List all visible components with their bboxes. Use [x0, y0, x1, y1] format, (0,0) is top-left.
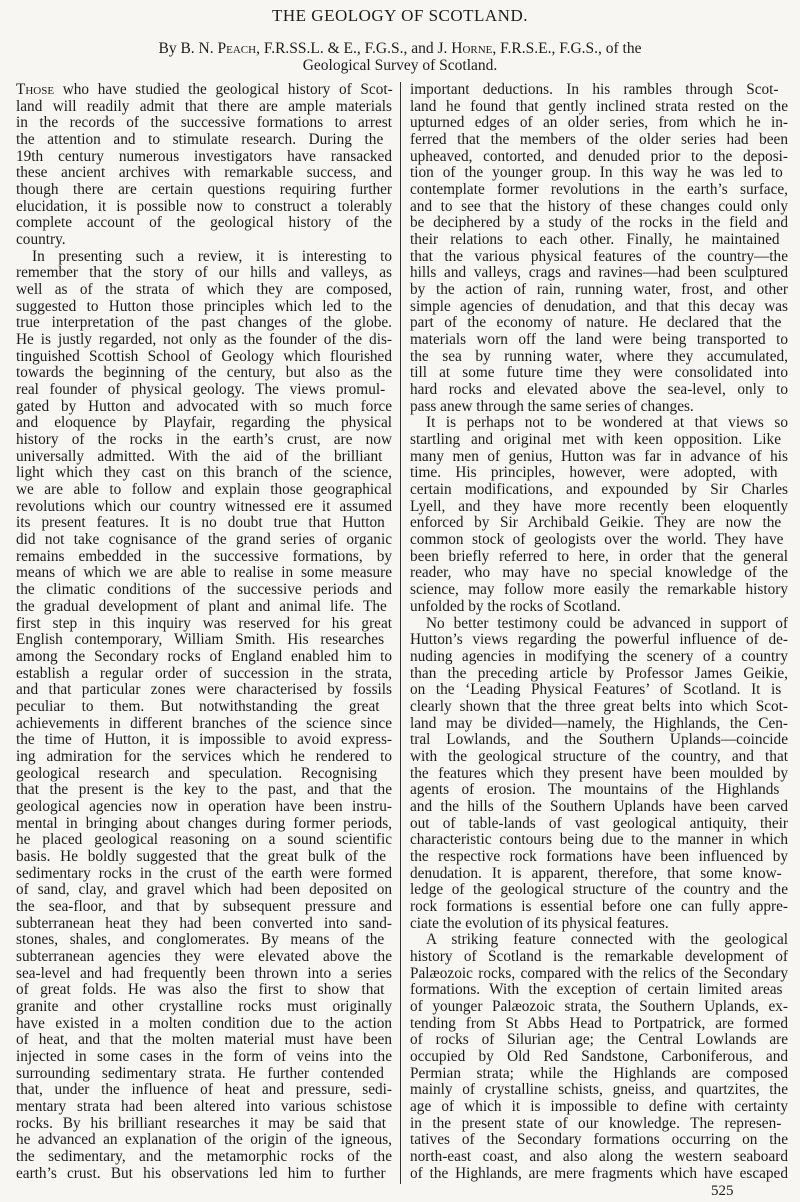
text-line: tion of the younger group. In this way h… [410, 165, 788, 182]
text-line-content: we are able to follow and explain those … [16, 481, 392, 498]
text-line-content: and to see that the history of these cha… [410, 198, 788, 215]
text-line: time. His principles, however, were adop… [410, 465, 788, 482]
text-line: common stock of geologists over the worl… [410, 532, 788, 549]
text-line-content: Permian strata; while the Highlands are … [410, 1065, 788, 1082]
text-line-content: remember that the story of our hills and… [16, 264, 392, 281]
text-line: the sea by running water, where they acc… [410, 349, 788, 366]
text-line: and to see that the history of these cha… [410, 199, 788, 216]
text-line: he advanced an explanation of the origin… [16, 1132, 392, 1149]
text-line: these ancient archives with remarkable s… [16, 165, 392, 182]
text-line: land will readily admit that there are a… [16, 99, 392, 116]
text-line-content: No better testimony could be advanced in… [426, 615, 788, 632]
text-line-content: characteristic contours being due to the… [410, 831, 788, 848]
text-line: the sedimentary, and the metamorphic roc… [16, 1149, 392, 1166]
text-line-content: out of table-lands of vast geological an… [410, 815, 788, 832]
text-line-content: unfolded by the rocks of Scotland. [410, 598, 621, 615]
text-line-content: revolutions which our country witnessed … [16, 498, 392, 515]
text-line: tinguished Scottish School of Geology wh… [16, 349, 392, 366]
text-line-content: rocks. By his brilliant researches it ma… [16, 1115, 386, 1132]
text-line: and eloquence by Playfair, regarding the… [16, 415, 392, 432]
text-line: mainly of crystalline schists, gneiss, a… [410, 1082, 788, 1099]
text-line: unfolded by the rocks of Scotland. [410, 599, 788, 616]
text-line: ciate the evolution of its physical feat… [410, 916, 788, 933]
text-line-content: of younger Palæozoic strata, the Souther… [410, 998, 788, 1015]
text-line: nuding agencies in modifying the scenery… [410, 649, 788, 666]
text-line-content: 19th century numerous investigators have… [16, 148, 392, 165]
text-line: rocks. By his brilliant researches it ma… [16, 1116, 392, 1133]
text-line-content: light which they cast on this branch of … [16, 464, 392, 481]
text-line: part of the economy of nature. He declar… [410, 315, 788, 332]
text-line-content: A striking feature connected with the ge… [426, 931, 788, 948]
text-line-content: Lyell, and they have more recently been … [410, 498, 788, 515]
text-line-content: that the present is the key to the past,… [16, 781, 392, 798]
text-line-content: real founder of physical geology. The vi… [16, 381, 385, 398]
text-line-content: enforced by Sir Archibald Geikie. They a… [410, 514, 781, 531]
text-line-content: ledge of the geological structure of the… [410, 881, 788, 898]
text-line-content: denudation. It is apparent, therefore, t… [410, 865, 782, 882]
text-line: the time of Hutton, it is impossible to … [16, 732, 392, 749]
text-line-content: achievements in different branches of th… [16, 715, 392, 732]
text-line: stones, shales, and conglomerates. By me… [16, 932, 392, 949]
text-line: characteristic contours being due to the… [410, 832, 788, 849]
text-line: important deductions. In his rambles thr… [410, 82, 788, 99]
text-line-content: ciate the evolution of its physical feat… [410, 915, 669, 932]
text-line: startling and original met with keen opp… [410, 432, 788, 449]
text-line-content: agents of erosion. The mountains of the … [410, 781, 779, 798]
text-line: country. [16, 232, 392, 249]
text-line-content: have existed in a molten condition due t… [16, 1015, 392, 1032]
text-line-content: In presenting such a review, it is inter… [32, 248, 392, 265]
text-line-content: It is perhaps not to be wondered at that… [426, 414, 788, 431]
text-line-content: mental in bringing about changes during … [16, 815, 392, 832]
text-line-content: of great folds. He was also the first to… [16, 981, 384, 998]
text-line-content: remains embedded in the successive forma… [16, 548, 392, 565]
text-line: Lyell, and they have more recently been … [410, 499, 788, 516]
text-line: and the hills of the Southern Uplands ha… [410, 799, 788, 816]
text-line-content: geological agencies now in operation hav… [16, 798, 392, 815]
text-line-content: the sea by running water, where they acc… [410, 348, 788, 365]
text-line-content: of sand, clay, and gravel which had been… [16, 881, 392, 898]
text-line-content: granite and other crystalline rocks must… [16, 998, 392, 1015]
author2-surname: Horne [451, 40, 492, 57]
text-column-left: Those who have studied the geological hi… [16, 82, 392, 1182]
text-line: the features which they present have bee… [410, 766, 788, 783]
text-line-content: age of which it is impossible to define … [410, 1098, 788, 1115]
text-line-content: its present features. It is no doubt tru… [16, 514, 385, 531]
text-line-content: in the records of the successive formati… [16, 114, 392, 131]
text-line: remember that the story of our hills and… [16, 265, 392, 282]
text-line: sea-level and had frequently been thrown… [16, 966, 392, 983]
text-line-content: land he found that gently inclined strat… [410, 98, 788, 115]
text-line-content: among the Secondary rocks of England ena… [16, 648, 392, 665]
text-line: remains embedded in the successive forma… [16, 549, 392, 566]
text-line: and that particular zones were character… [16, 682, 392, 699]
text-line: age of which it is impossible to define … [410, 1099, 788, 1116]
text-line-content: geological research and speculation. Rec… [16, 765, 377, 782]
text-line-content: than the preceding article by Professor … [410, 665, 788, 682]
text-line-content: the sedimentary, and the metamorphic roc… [16, 1148, 392, 1165]
text-line: ledge of the geological structure of the… [410, 882, 788, 899]
text-line: mentary strata had been altered into var… [16, 1099, 392, 1116]
text-line-content: did not take cognisance of the grand ser… [16, 531, 392, 548]
text-line: basis. He boldly suggested that the grea… [16, 849, 392, 866]
text-line-content: who have studied the geological history … [63, 81, 393, 98]
text-line-content: country. [16, 231, 66, 248]
text-line-content: and that particular zones were character… [16, 681, 392, 698]
column-divider [400, 82, 401, 1184]
text-line: the attention and to stimulate research.… [16, 132, 392, 149]
text-line: their relations to each other. Finally, … [410, 232, 788, 249]
text-line: its present features. It is no doubt tru… [16, 515, 392, 532]
text-line-content: contemplate former revolutions in the ea… [410, 181, 788, 198]
text-line: the gradual development of plant and ani… [16, 599, 392, 616]
text-line: have existed in a molten condition due t… [16, 1016, 392, 1033]
text-line-content: rock formations is essential before one … [410, 898, 788, 915]
text-line-content: been briefly referred to here, in order … [410, 548, 788, 565]
text-line-content: and the hills of the Southern Uplands ha… [410, 798, 788, 815]
text-line: that the present is the key to the past,… [16, 782, 392, 799]
text-line-content: simple agencies of denudation, and that … [410, 298, 788, 315]
text-line-content: hard rocks and elevated above the sea-le… [410, 381, 788, 398]
text-line-content: north-east coast, and also along the wes… [410, 1148, 788, 1165]
text-line: the climatic conditions of the successiv… [16, 582, 392, 599]
text-line: suggested to Hutton those principles whi… [16, 299, 392, 316]
text-line-content: science, may follow more easily the rema… [410, 581, 788, 598]
text-line: on the ‘Leading Physical Features’ of Sc… [410, 682, 788, 699]
text-line-content: ing admiration for the services which he… [16, 748, 392, 765]
text-line-content: nuding agencies in modifying the scenery… [410, 648, 788, 665]
text-line: light which they cast on this branch of … [16, 465, 392, 482]
text-line-content: earth’s crust. But his observations led … [16, 1165, 386, 1182]
lead-in-small-caps: Those [16, 81, 63, 98]
text-line: injected in some cases in the form of ve… [16, 1049, 392, 1066]
text-line: achievements in different branches of th… [16, 716, 392, 733]
text-line-content: the features which they present have bee… [410, 765, 788, 782]
text-line: He is justly regarded, not only as the f… [16, 332, 392, 349]
text-line-content: towards the beginning of the century, bu… [16, 364, 392, 381]
text-line-content: stones, shales, and conglomerates. By me… [16, 931, 384, 948]
text-line-content: history of Scotland is the remarkable de… [410, 948, 788, 965]
text-line: tending from St Abbs Head to Portpatrick… [410, 1016, 788, 1033]
text-line-content: many men of genius, Hutton was far in ad… [410, 448, 788, 465]
text-line-content: reader, who may have no special knowledg… [410, 564, 788, 581]
text-line: establish a regular order of succession … [16, 666, 392, 683]
text-line-content: by the action of rain, running water, fr… [410, 281, 788, 298]
text-line: materials worn off the land were being t… [410, 332, 788, 349]
text-line-content: and eloquence by Playfair, regarding the… [16, 414, 392, 431]
text-line-content: sea-level and had frequently been thrown… [16, 965, 392, 982]
text-line: till at some future time they were conso… [410, 365, 788, 382]
text-line-content: suggested to Hutton those principles whi… [16, 298, 392, 315]
text-line-content: well as of the strata of which they are … [16, 281, 392, 298]
text-line-content: be deciphered by a study of the rocks in… [410, 214, 788, 231]
text-line-content: on the ‘Leading Physical Features’ of Sc… [410, 681, 781, 698]
text-line-content: land will readily admit that there are a… [16, 98, 392, 115]
text-line-content: land may be divided—namely, the Highland… [410, 715, 788, 732]
text-line-content: these ancient archives with remarkable s… [16, 164, 392, 181]
text-line: No better testimony could be advanced in… [410, 616, 788, 633]
text-line: gated by Hutton and advocated with so mu… [16, 399, 392, 416]
text-line: clearly shown that the three great belts… [410, 699, 788, 716]
text-line: we are able to follow and explain those … [16, 482, 392, 499]
text-line-content: common stock of geologists over the worl… [410, 531, 783, 548]
byline-authors: By B. N. Peach, F.R.SS.L. & E., F.G.S., … [0, 40, 800, 57]
text-line-content: hills and valleys, crags and ravines—had… [410, 264, 788, 281]
text-line: English contemporary, William Smith. His… [16, 632, 392, 649]
text-line: history of Scotland is the remarkable de… [410, 949, 788, 966]
text-line-content: tion of the younger group. In this way h… [410, 164, 783, 181]
text-line-content: the attention and to stimulate research.… [16, 131, 383, 148]
text-line: real founder of physical geology. The vi… [16, 382, 392, 399]
text-line: of the Highlands, are mere fragments whi… [410, 1166, 788, 1183]
text-line-content: he advanced an explanation of the origin… [16, 1131, 392, 1148]
text-line-content: their relations to each other. Finally, … [410, 231, 780, 248]
text-line: did not take cognisance of the grand ser… [16, 532, 392, 549]
text-line: of great folds. He was also the first to… [16, 982, 392, 999]
text-line-content: the time of Hutton, it is impossible to … [16, 731, 392, 748]
text-line-content: time. His principles, however, were adop… [410, 464, 777, 481]
text-line-content: He is justly regarded, not only as the f… [16, 331, 392, 348]
text-line: geological agencies now in operation hav… [16, 799, 392, 816]
text-line-content: certain modifications, and expounded by … [410, 481, 788, 498]
text-line: ferred that the members of the older ser… [410, 132, 788, 149]
text-line: upturned edges of an older series, from … [410, 115, 788, 132]
text-line: occupied by Old Red Sandstone, Carbonife… [410, 1049, 788, 1066]
text-line-content: subterranean agencies they were elevated… [16, 948, 392, 965]
text-line-content: till at some future time they were conso… [410, 364, 788, 381]
text-line: A striking feature connected with the ge… [410, 932, 788, 949]
text-line-content: sedimentary rocks in the crust of the ea… [16, 865, 392, 882]
text-line: that the various physical features of th… [410, 249, 788, 266]
text-line-content: English contemporary, William Smith. His… [16, 631, 384, 648]
text-line-content: history of the rocks in the earth’s crus… [16, 431, 392, 448]
text-line: of rocks of Silurian age; the Central Lo… [410, 1032, 788, 1049]
text-line: sedimentary rocks in the crust of the ea… [16, 866, 392, 883]
text-line: history of the rocks in the earth’s crus… [16, 432, 392, 449]
text-line: universally admitted. With the aid of th… [16, 449, 392, 466]
text-line: It is perhaps not to be wondered at that… [410, 415, 788, 432]
text-line-content: basis. He boldly suggested that the grea… [16, 848, 386, 865]
text-line: subterranean heat they had been converte… [16, 916, 392, 933]
text-line-content: tral Lowlands, and the Southern Uplands—… [410, 731, 788, 748]
text-line-content: elucidation, it is possible now to const… [16, 198, 392, 215]
text-line-content: peculiar to them. But notwithstanding th… [16, 698, 380, 715]
text-line: that, under the influence of heat and pr… [16, 1082, 392, 1099]
text-line: Those who have studied the geological hi… [16, 82, 392, 99]
text-line: hard rocks and elevated above the sea-le… [410, 382, 788, 399]
text-line-content: occupied by Old Red Sandstone, Carbonife… [410, 1048, 788, 1065]
text-line-content: the climatic conditions of the successiv… [16, 581, 392, 598]
text-line: hills and valleys, crags and ravines—had… [410, 265, 788, 282]
text-line: among the Secondary rocks of England ena… [16, 649, 392, 666]
text-line: earth’s crust. But his observations led … [16, 1166, 392, 1183]
text-line-content: the respective rock formations have been… [410, 848, 788, 865]
text-line-content: clearly shown that the three great belts… [410, 698, 788, 715]
text-line: upheaved, contorted, and denuded prior t… [410, 149, 788, 166]
text-line: of younger Palæozoic strata, the Souther… [410, 999, 788, 1016]
article-title: THE GEOLOGY OF SCOTLAND. [0, 6, 800, 26]
text-line: complete account of the geological histo… [16, 215, 392, 232]
text-line: of sand, clay, and gravel which had been… [16, 882, 392, 899]
text-line: subterranean agencies they were elevated… [16, 949, 392, 966]
text-line-content: surrounding sedimentary strata. He furth… [16, 1065, 384, 1082]
text-line-content: that, under the influence of heat and pr… [16, 1081, 392, 1098]
text-line: rock formations is essential before one … [410, 899, 788, 916]
text-line-content: mainly of crystalline schists, gneiss, a… [410, 1081, 788, 1098]
text-line-content: tending from St Abbs Head to Portpatrick… [410, 1015, 788, 1032]
text-line: tral Lowlands, and the Southern Uplands—… [410, 732, 788, 749]
text-line: reader, who may have no special knowledg… [410, 565, 788, 582]
text-line-content: establish a regular order of succession … [16, 665, 392, 682]
text-line: well as of the strata of which they are … [16, 282, 392, 299]
text-line: pass anew through the same series of cha… [410, 399, 788, 416]
text-line: agents of erosion. The mountains of the … [410, 782, 788, 799]
byline-prefix: By B. N. [158, 40, 217, 57]
text-line: peculiar to them. But notwithstanding th… [16, 699, 392, 716]
text-line-content: first step in this inquiry was reserved … [16, 615, 392, 632]
text-line: formations. With the exception of certai… [410, 982, 788, 999]
text-line: in the records of the successive formati… [16, 115, 392, 132]
byline-suffix: , F.R.S.E., F.G.S., of the [492, 40, 641, 57]
text-line-content: upturned edges of an older series, from … [410, 114, 788, 131]
text-line: towards the beginning of the century, bu… [16, 365, 392, 382]
text-line: been briefly referred to here, in order … [410, 549, 788, 566]
text-line-content: upheaved, contorted, and denuded prior t… [410, 148, 788, 165]
text-line-content: pass anew through the same series of cha… [410, 398, 694, 415]
text-line-content: means of which we are able to realise in… [16, 564, 392, 581]
text-line: in the present state of our knowledge. T… [410, 1116, 788, 1133]
text-line-content: Palæozoic rocks, compared with the relic… [410, 965, 788, 982]
byline-affiliation: Geological Survey of Scotland. [0, 57, 800, 74]
text-line-content: of the Highlands, are mere fragments whi… [410, 1165, 788, 1182]
author1-surname: Peach [217, 40, 256, 57]
text-line: than the preceding article by Professor … [410, 666, 788, 683]
text-line-content: tatives of the Secondary formations occu… [410, 1131, 788, 1148]
text-line: means of which we are able to realise in… [16, 565, 392, 582]
text-line: tatives of the Secondary formations occu… [410, 1132, 788, 1149]
text-line: granite and other crystalline rocks must… [16, 999, 392, 1016]
text-line: be deciphered by a study of the rocks in… [410, 215, 788, 232]
text-line-content: subterranean heat they had been converte… [16, 915, 392, 932]
text-line: ing admiration for the services which he… [16, 749, 392, 766]
text-line-content: startling and original met with keen opp… [410, 431, 781, 448]
text-line-content: gated by Hutton and advocated with so mu… [16, 398, 392, 415]
text-line: surrounding sedimentary strata. He furth… [16, 1066, 392, 1083]
text-line-content: that the various physical features of th… [410, 248, 788, 265]
text-line: denudation. It is apparent, therefore, t… [410, 866, 788, 883]
text-line: he placed geological reasoning on a soun… [16, 832, 392, 849]
text-line: elucidation, it is possible now to const… [16, 199, 392, 216]
text-line-content: injected in some cases in the form of ve… [16, 1048, 392, 1065]
text-line-content: Hutton’s views regarding the powerful in… [410, 631, 788, 648]
text-line-content: the gradual development of plant and ani… [16, 598, 387, 615]
text-line: 19th century numerous investigators have… [16, 149, 392, 166]
text-line: north-east coast, and also along the wes… [410, 1149, 788, 1166]
text-line: simple agencies of denudation, and that … [410, 299, 788, 316]
text-line: many men of genius, Hutton was far in ad… [410, 449, 788, 466]
text-line-content: of heat, and that the molten material mu… [16, 1031, 392, 1048]
text-line: contemplate former revolutions in the ea… [410, 182, 788, 199]
text-line: by the action of rain, running water, fr… [410, 282, 788, 299]
byline-middle: , F.R.SS.L. & E., F.G.S., and J. [256, 40, 451, 57]
text-line-content: universally admitted. With the aid of th… [16, 448, 382, 465]
text-line-content: the sea-floor, and that by subsequent pr… [16, 898, 392, 915]
text-line: mental in bringing about changes during … [16, 816, 392, 833]
text-line-content: ferred that the members of the older ser… [410, 131, 788, 148]
text-line: enforced by Sir Archibald Geikie. They a… [410, 515, 788, 532]
text-line: out of table-lands of vast geological an… [410, 816, 788, 833]
text-line: geological research and speculation. Rec… [16, 766, 392, 783]
text-line-content: in the present state of our knowledge. T… [410, 1115, 781, 1132]
text-line: certain modifications, and expounded by … [410, 482, 788, 499]
text-line-content: important deductions. In his rambles thr… [410, 81, 778, 98]
text-line: In presenting such a review, it is inter… [16, 249, 392, 266]
text-line: Palæozoic rocks, compared with the relic… [410, 966, 788, 983]
text-line-content: formations. With the exception of certai… [410, 981, 782, 998]
text-line-content: tinguished Scottish School of Geology wh… [16, 348, 392, 365]
page-number: 525 [711, 1183, 734, 1199]
text-line-content: complete account of the geological histo… [16, 214, 392, 231]
text-line-content: mentary strata had been altered into var… [16, 1098, 392, 1115]
text-line: true interpretation of the past changes … [16, 315, 392, 332]
text-line: Permian strata; while the Highlands are … [410, 1066, 788, 1083]
text-line: land he found that gently inclined strat… [410, 99, 788, 116]
text-line-content: though there are certain questions requi… [16, 181, 392, 198]
text-line-content: of rocks of Silurian age; the Central Lo… [410, 1031, 788, 1048]
text-line: of heat, and that the molten material mu… [16, 1032, 392, 1049]
text-line: revolutions which our country witnessed … [16, 499, 392, 516]
text-line-content: materials worn off the land were being t… [410, 331, 788, 348]
text-line: the respective rock formations have been… [410, 849, 788, 866]
article-byline: By B. N. Peach, F.R.SS.L. & E., F.G.S., … [0, 40, 800, 74]
text-line-content: part of the economy of nature. He declar… [410, 314, 781, 331]
text-line: the sea-floor, and that by subsequent pr… [16, 899, 392, 916]
text-line: science, may follow more easily the rema… [410, 582, 788, 599]
text-line: Hutton’s views regarding the powerful in… [410, 632, 788, 649]
text-line: though there are certain questions requi… [16, 182, 392, 199]
text-line: land may be divided—namely, the Highland… [410, 716, 788, 733]
text-line-content: he placed geological reasoning on a soun… [16, 831, 392, 848]
text-line-content: true interpretation of the past changes … [16, 314, 392, 331]
text-column-right: important deductions. In his rambles thr… [410, 82, 788, 1182]
text-line: first step in this inquiry was reserved … [16, 616, 392, 633]
text-line: with the geological structure of the cou… [410, 749, 788, 766]
text-line-content: with the geological structure of the cou… [410, 748, 788, 765]
